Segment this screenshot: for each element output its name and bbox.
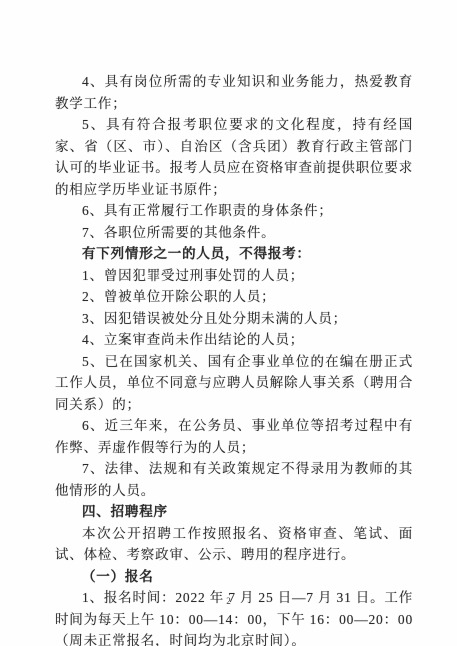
paragraph: 本次公开招聘工作按照报名、资格审查、笔试、面试、体检、考察政审、公示、聘用的程序… [55, 523, 413, 566]
paragraph: 5、已在国家机关、国有企事业单位的在编在册正式工作人员，单位不同意与应聘人员解除… [55, 351, 413, 416]
subsection-heading-registration: （一）报名 [55, 566, 413, 588]
paragraph: 6、具有正常履行工作职责的身体条件； [55, 200, 413, 222]
section-heading-recruitment-procedure: 四、招聘程序 [55, 501, 413, 523]
paragraph: 3、因犯错误被处分且处分期未满的人员； [55, 308, 413, 330]
document-body: 4、具有岗位所需的专业知识和业务能力，热爱教育教学工作； 5、具有符合报考职位要… [55, 71, 413, 646]
paragraph: 7、各职位所需要的其他条件。 [55, 222, 413, 244]
paragraph: 4、具有岗位所需的专业知识和业务能力，热爱教育教学工作； [55, 71, 413, 114]
document-page: 4、具有岗位所需的专业知识和业务能力，热爱教育教学工作； 5、具有符合报考职位要… [0, 0, 457, 646]
page-number: 2 [0, 596, 457, 606]
paragraph: 7、法律、法规和有关政策规定不得录用为教师的其他情形的人员。 [55, 458, 413, 501]
paragraph: 6、近三年来，在公务员、事业单位等招考过程中有作弊、弄虚作假等行为的人员； [55, 415, 413, 458]
paragraph: 2、曾被单位开除公职的人员； [55, 286, 413, 308]
section-heading-no-apply: 有下列情形之一的人员，不得报考： [55, 243, 413, 265]
paragraph: 5、具有符合报考职位要求的文化程度，持有经国家、省（区、市）、自治区（含兵团）教… [55, 114, 413, 200]
paragraph: 4、立案审查尚未作出结论的人员； [55, 329, 413, 351]
paragraph: 1、曾因犯罪受过刑事处罚的人员； [55, 265, 413, 287]
